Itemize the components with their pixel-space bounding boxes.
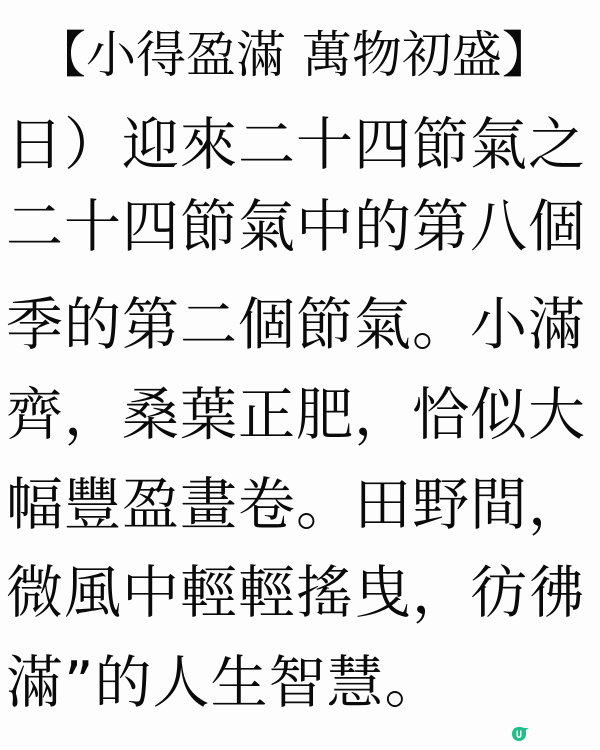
- text-line-2: 二十四節氣中的第八個: [6, 192, 586, 262]
- text-line-6: 微風中輕輕搖曳，彷彿: [6, 558, 586, 628]
- text-line-1: 日）迎來二十四節氣之: [6, 110, 586, 180]
- text-line-3: 季的第二個節氣。小滿: [6, 290, 586, 360]
- text-line-4: 齊，桑葉正肥，恰似大: [6, 380, 586, 450]
- text-line-7: 滿”的人生智慧。: [6, 648, 443, 718]
- article-page: 【小得盈滿 萬物初盛】 日）迎來二十四節氣之 二十四節氣中的第八個 季的第二個節…: [0, 0, 600, 750]
- u-logo-icon: [511, 726, 529, 742]
- article-title: 【小得盈滿 萬物初盛】: [36, 20, 552, 90]
- text-line-5: 幅豐盈畫卷。田野間，: [6, 470, 586, 540]
